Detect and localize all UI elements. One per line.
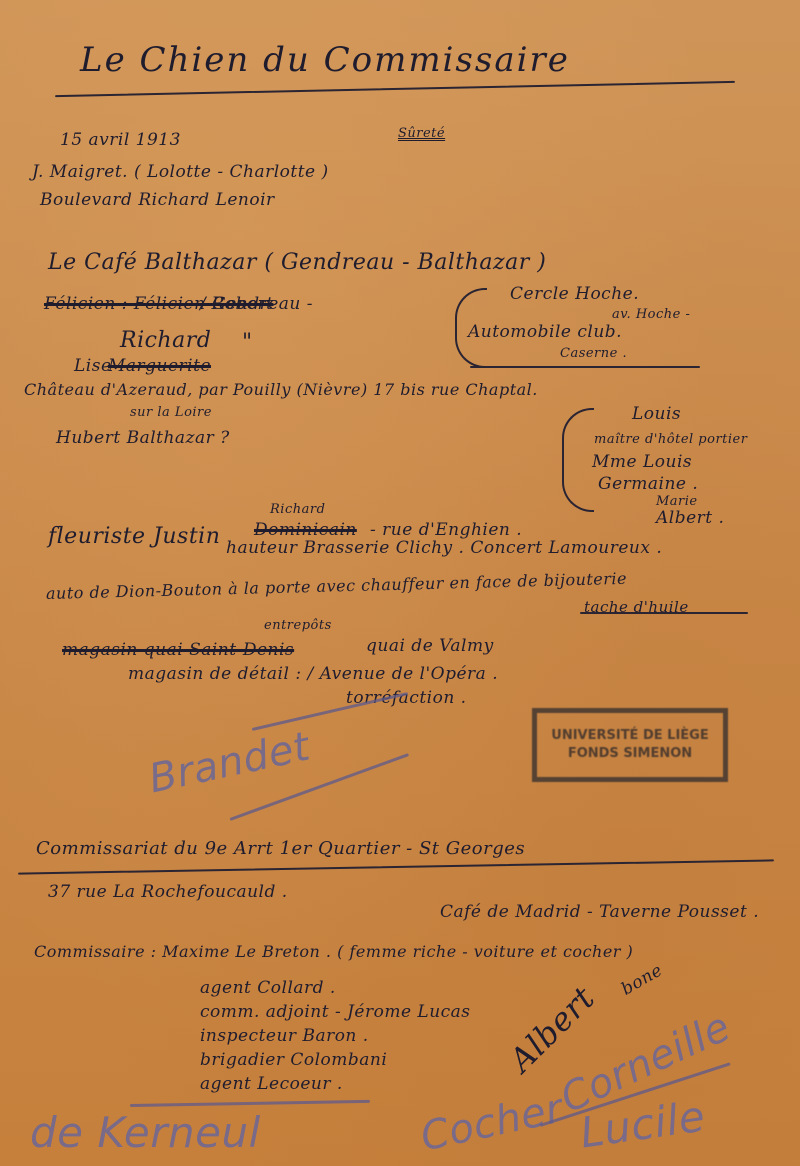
pencil-de-kerneul: de Kerneul	[30, 1108, 261, 1157]
gendreau-note: / Gendreau -	[200, 294, 313, 314]
commissariat-underline	[18, 859, 774, 874]
chateau-line: Château d'Azeraud, par Pouilly (Nièvre) …	[24, 380, 538, 399]
club-item: av. Hoche -	[612, 307, 690, 322]
document-title: Le Chien du Commissaire	[80, 40, 570, 80]
surete-note: Sûreté	[398, 126, 445, 141]
cafe-madrid: Café de Madrid - Taverne Pousset .	[440, 902, 759, 922]
maigret-line: J. Maigret. ( Lolotte - Charlotte )	[32, 162, 329, 182]
fleuriste-struck: Dominicain	[254, 520, 357, 540]
sur-loire-note: sur la Loire	[130, 405, 212, 420]
fleuriste-rest: - rue d'Enghien .	[370, 520, 522, 540]
staff-item: brigadier Colombani	[200, 1050, 387, 1070]
louis-item: Marie	[656, 494, 698, 509]
quai-valmy: quai de Valmy	[366, 636, 494, 656]
address-line: Boulevard Richard Lenoir	[40, 190, 275, 210]
ditto-mark: "	[242, 330, 253, 355]
albert-tail: bone	[618, 960, 666, 999]
louis-bracket	[562, 408, 594, 512]
louis-item: Germaine .	[598, 474, 698, 494]
louis-item: Mme Louis	[592, 452, 692, 472]
title-underline	[55, 81, 735, 97]
lise-struck: Marguerite	[108, 356, 211, 376]
cafe-balthazar-line: Le Café Balthazar ( Gendreau - Balthazar…	[48, 250, 546, 275]
stamp-line2: FONDS SIMENON	[568, 745, 692, 763]
commissaire-line: Commissaire : Maxime Le Breton . ( femme…	[34, 942, 633, 961]
pencil-stroke	[130, 1100, 370, 1107]
magasin-detail-line: magasin de détail : / Avenue de l'Opéra …	[128, 664, 498, 684]
pencil-stroke	[252, 692, 409, 731]
louis-item: Louis	[632, 404, 681, 424]
club-item: Cercle Hoche.	[510, 284, 639, 304]
fleuriste-below: hauteur Brasserie Clichy . Concert Lamou…	[226, 538, 662, 558]
richard-note: Richard	[120, 328, 211, 353]
commissariat-heading: Commissariat du 9e Arrt 1er Quartier - S…	[36, 838, 525, 859]
club-item: Automobile club.	[468, 322, 622, 342]
richard-above: Richard	[270, 502, 325, 517]
hubert-note: Hubert Balthazar ?	[56, 428, 230, 448]
manuscript-page: Le Chien du Commissaire 15 avril 1913 Sû…	[0, 0, 800, 1166]
entrepots-above: entrepôts	[264, 618, 332, 633]
lise-note: Lise	[74, 356, 112, 376]
commissariat-address: 37 rue La Rochefoucauld .	[48, 882, 288, 902]
clubs-bracket-line	[470, 366, 700, 368]
magasin-struck: magasin quai Saint-Denis	[62, 640, 294, 660]
pencil-brandet: Brandet	[145, 724, 314, 803]
club-item: Caserne .	[560, 346, 627, 361]
auto-underline	[580, 612, 748, 614]
stamp-line1: UNIVERSITÉ DE LIÈGE	[551, 727, 708, 745]
date-note: 15 avril 1913	[60, 130, 181, 150]
staff-item: agent Lecoeur .	[200, 1074, 343, 1094]
louis-item: Albert .	[656, 508, 724, 528]
archive-stamp: UNIVERSITÉ DE LIÈGE FONDS SIMENON	[532, 708, 728, 782]
louis-item: maître d'hôtel portier	[594, 432, 747, 447]
staff-item: inspecteur Baron .	[200, 1026, 369, 1046]
auto-line: auto de Dion-Bouton à la porte avec chau…	[46, 569, 627, 603]
staff-item: agent Collard .	[200, 978, 336, 998]
staff-item: comm. adjoint - Jérome Lucas	[200, 1002, 471, 1022]
fleuriste-line: fleuriste Justin	[48, 524, 220, 549]
